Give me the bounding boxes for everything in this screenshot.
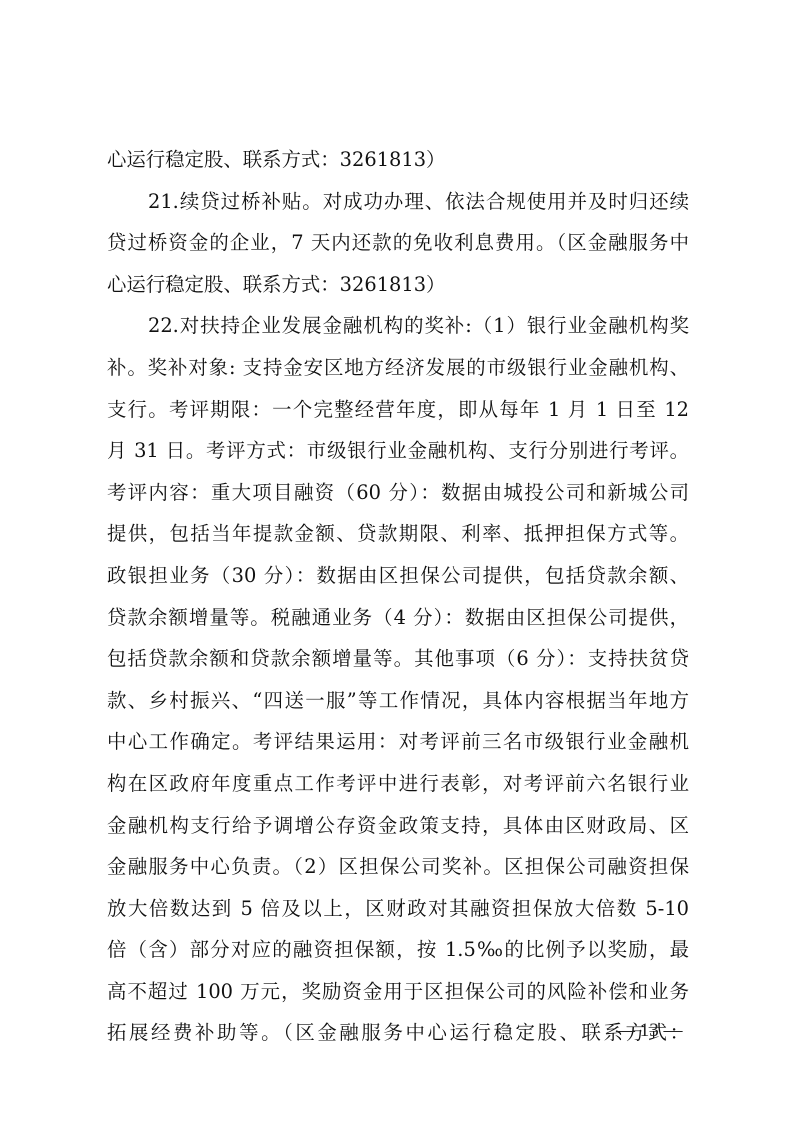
document-body: 心运行稳定股、联系方式：3261813） 21.续贷过桥补贴。对成功办理、依法合… [107, 139, 689, 1054]
page-number: — 13 — [616, 1020, 683, 1042]
text-line: 高不超过 100 万元，奖励资金用于区担保公司的风险补偿和业务 [107, 971, 689, 1013]
text-line: 补。奖补对象: 支持金安区地方经济发展的市级银行业金融机构、 [107, 347, 689, 389]
text-line: 款、乡村振兴、“四送一服”等工作情况，具体内容根据当年地方 [107, 680, 689, 722]
text-line: 月 31 日。考评方式：市级银行业金融机构、支行分别进行考评。 [107, 430, 689, 472]
text-line: 心运行稳定股、联系方式：3261813） [107, 264, 689, 306]
text-line: 政银担业务（30 分）：数据由区担保公司提供，包括贷款余额、 [107, 555, 689, 597]
text-line: 倍（含）部分对应的融资担保额，按 1.5‰的比例予以奖励，最 [107, 929, 689, 971]
text-line-item-21: 21.续贷过桥补贴。对成功办理、依法合规使用并及时归还续 [107, 181, 689, 223]
text-line: 构在区政府年度重点工作考评中进行表彰，对考评前六名银行业 [107, 763, 689, 805]
text-line: 心运行稳定股、联系方式：3261813） [107, 139, 689, 181]
text-line: 中心工作确定。考评结果运用：对考评前三名市级银行业金融机 [107, 721, 689, 763]
text-line: 放大倍数达到 5 倍及以上，区财政对其融资担保放大倍数 5-10 [107, 888, 689, 930]
text-line: 提供，包括当年提款金额、贷款期限、利率、抵押担保方式等。 [107, 513, 689, 555]
text-line: 支行。考评期限：一个完整经营年度，即从每年 1 月 1 日至 12 [107, 389, 689, 431]
text-line: 金融机构支行给予调增公存资金政策支持，具体由区财政局、区 [107, 805, 689, 847]
text-line: 贷过桥资金的企业，7 天内还款的免收利息费用。（区金融服务中 [107, 222, 689, 264]
text-line: 包括贷款余额和贷款余额增量等。其他事项（6 分）：支持扶贫贷 [107, 638, 689, 680]
text-line: 拓展经费补助等。（区金融服务中心运行稳定股、联系方式： [107, 1012, 689, 1054]
text-line: 考评内容：重大项目融资（60 分）：数据由城投公司和新城公司 [107, 472, 689, 514]
text-line: 金融服务中心负责。（2）区担保公司奖补。区担保公司融资担保 [107, 846, 689, 888]
text-line: 贷款余额增量等。税融通业务（4 分）：数据由区担保公司提供， [107, 597, 689, 639]
text-line-item-22: 22.对扶持企业发展金融机构的奖补:（1）银行业金融机构奖 [107, 305, 689, 347]
